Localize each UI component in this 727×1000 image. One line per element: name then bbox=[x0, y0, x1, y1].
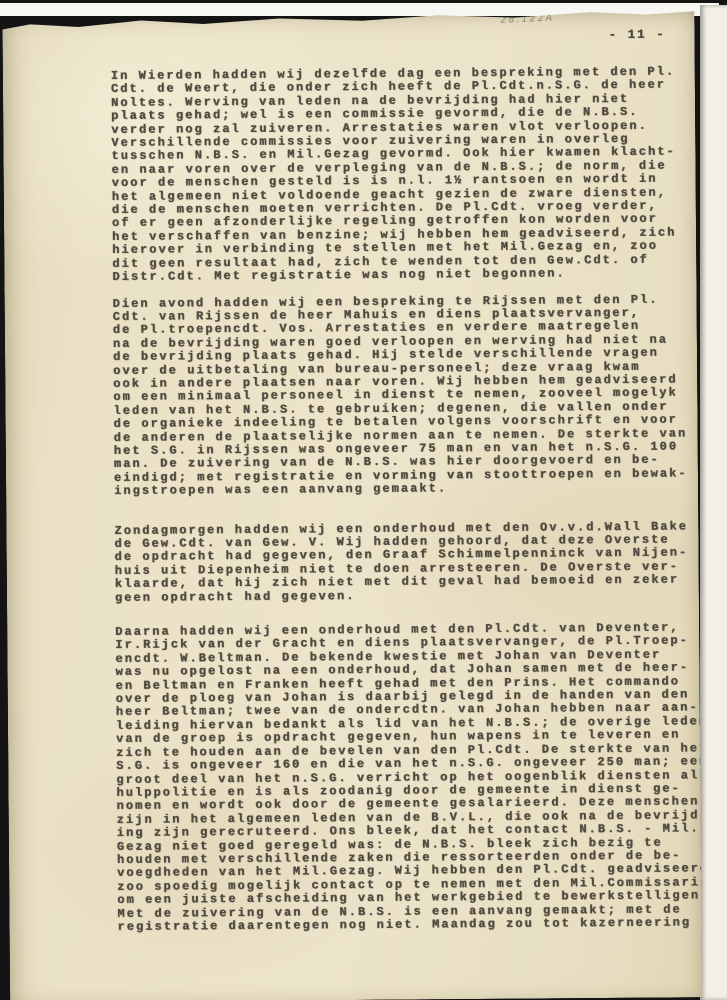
document-page: 28.122A - 11 - In Wierden hadden wij dez… bbox=[2, 8, 702, 1000]
paragraph-deventer: Daarna hadden wij een onderhoud met den … bbox=[115, 621, 703, 934]
scanned-document-photo: 28.122A - 11 - In Wierden hadden wij dez… bbox=[0, 0, 727, 1000]
paragraph-zondagmorgen: Zondagmorgen hadden wij een onderhoud me… bbox=[114, 520, 701, 605]
paragraph-rijssen: Dien avond hadden wij een bespreking te … bbox=[113, 293, 701, 499]
page-number: - 11 - bbox=[608, 28, 665, 42]
paragraph-wierden: In Wierden hadden wij dezelfde dag een b… bbox=[111, 65, 699, 284]
typewritten-text-body: In Wierden hadden wij dezelfde dag een b… bbox=[111, 65, 704, 934]
backing-sheet-right-edge bbox=[700, 5, 727, 1000]
